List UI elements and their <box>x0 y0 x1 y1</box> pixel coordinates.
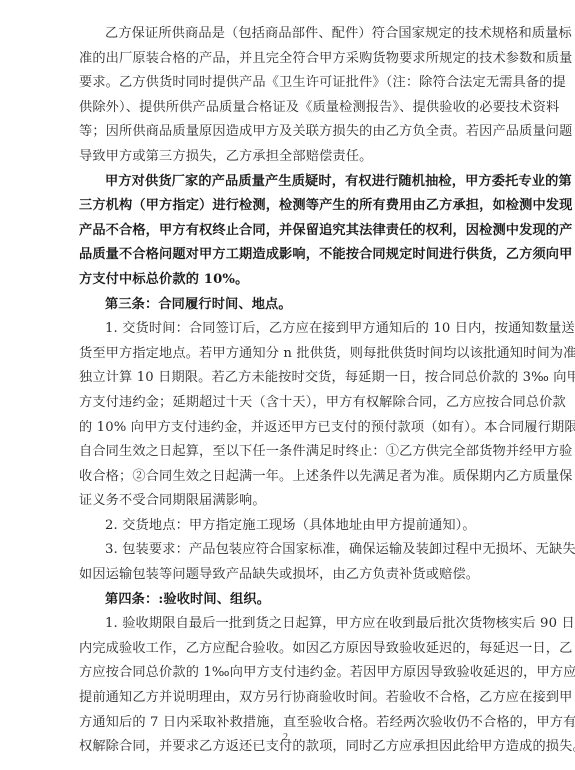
text-line: 1. 验收期限自最后一批到货之日起算，甲方应在收到最后批次货物核实后 90 日 <box>79 612 523 637</box>
text-line: 供除外）、提供所供产品质量合格证及《质量检测报告》、提供验收的必要技术资料 <box>79 96 523 121</box>
text-line: 方支付违约金；延期超过十天（含十天），甲方有权解除合同，乙方应按合同总价款 <box>79 391 523 416</box>
text-line: 如因运输包装等问题导致产品缺失或损坏，由乙方负责补货或赔偿。 <box>79 563 523 588</box>
text-line: 独立计算 10 日期限。若乙方未能按时交货，每延期一日，按合同总价款的 3‰ 向… <box>79 366 523 391</box>
text-line: 品质量不合格问题对甲方工期造成影响，不能按合同规定时间进行供货，乙方须向甲 <box>79 243 523 268</box>
section-heading: 第四条：:验收时间、组织。 <box>79 588 523 613</box>
text-line: 准的出厂原装合格的产品，并且完全符合甲方采购货物要求所规定的技术参数和质量 <box>79 47 523 72</box>
text-line: 要求。乙方供货时同时提供产品《卫生许可证批件》（注：除符合法定无需具备的提 <box>79 71 523 96</box>
text-line: 2. 交货地点：甲方指定施工现场（具体地址由甲方提前通知）。 <box>79 514 523 539</box>
article-3-item-3: 3. 包装要求：产品包装应符合国家标准，确保运输及装卸过程中无损坏、无缺失。 如… <box>79 538 523 587</box>
text-line: 方支付中标总价款的 10%。 <box>79 268 523 293</box>
section-heading: 第三条：合同履行时间、地点。 <box>79 293 523 318</box>
text-line: 3. 包装要求：产品包装应符合国家标准，确保运输及装卸过程中无损坏、无缺失。 <box>79 538 523 563</box>
paragraph-random-inspection: 甲方对供货厂家的产品质量产生质疑时，有权进行随机抽检，甲方委托专业的第 三方机构… <box>79 170 523 293</box>
text-line: 证义务不受合同期限届满影响。 <box>79 489 523 514</box>
article-4-heading: 第四条：:验收时间、组织。 <box>79 588 523 613</box>
text-line: 内完成验收工作，乙方应配合验收。如因乙方原因导致验收延迟的，每延迟一日，乙 <box>79 637 523 662</box>
document-body: 乙方保证所供商品是（包括商品部件、配件）符合国家规定的技术规格和质量标 准的出厂… <box>79 22 523 760</box>
article-4-item-1: 1. 验收期限自最后一批到货之日起算，甲方应在收到最后批次货物核实后 90 日 … <box>79 612 523 760</box>
document-page: 乙方保证所供商品是（包括商品部件、配件）符合国家规定的技术规格和质量标 准的出厂… <box>0 0 575 770</box>
text-line: 甲方对供货厂家的产品质量产生质疑时，有权进行随机抽检，甲方委托专业的第 <box>79 170 523 195</box>
text-line: 货至甲方指定地点。若甲方通知分 n 批供货，则每批供货时间均以该批通知时间为准 <box>79 342 523 367</box>
text-line: 乙方保证所供商品是（包括商品部件、配件）符合国家规定的技术规格和质量标 <box>79 22 523 47</box>
page-number: 2 <box>283 732 288 743</box>
text-line: 等；因所供商品质量原因造成甲方及关联方损失的由乙方负全责。若因产品质量问题 <box>79 120 523 145</box>
article-3-heading: 第三条：合同履行时间、地点。 <box>79 293 523 318</box>
paragraph-quality-guarantee: 乙方保证所供商品是（包括商品部件、配件）符合国家规定的技术规格和质量标 准的出厂… <box>79 22 523 170</box>
text-line: 收合格；②合同生效之日起满一年。上述条件以先满足者为准。质保期内乙方质量保 <box>79 465 523 490</box>
article-3-item-1: 1. 交货时间：合同签订后，乙方应在接到甲方通知后的 10 日内，按通知数量送 … <box>79 317 523 514</box>
text-line: 产品不合格，甲方有权终止合同，并保留追究其法律责任的权利，因检测中发现的产 <box>79 219 523 244</box>
text-line: 权解除合同，并要求乙方返还已支付的款项，同时乙方应承担因此给甲方造成的损失。 <box>79 735 523 760</box>
text-line: 方应按合同总价款的 1‰向甲方支付违约金。若因甲方原因导致验收延迟的，甲方应 <box>79 661 523 686</box>
text-line: 1. 交货时间：合同签订后，乙方应在接到甲方通知后的 10 日内，按通知数量送 <box>79 317 523 342</box>
article-3-item-2: 2. 交货地点：甲方指定施工现场（具体地址由甲方提前通知）。 <box>79 514 523 539</box>
text-line: 的 10% 向甲方支付违约金，并返还甲方已支付的预付款项（如有）。本合同履行期限 <box>79 416 523 441</box>
text-line: 导致甲方或第三方损失，乙方承担全部赔偿责任。 <box>79 145 523 170</box>
text-line: 提前通知乙方并说明理由，双方另行协商验收时间。若验收不合格，乙方应在接到甲 <box>79 686 523 711</box>
text-line: 方通知后的 7 日内采取补救措施，直至验收合格。若经两次验收仍不合格的，甲方有 <box>79 711 523 736</box>
text-line: 自合同生效之日起算，至以下任一条件满足时终止：①乙方供完全部货物并经甲方验 <box>79 440 523 465</box>
text-line: 三方机构（甲方指定）进行检测，检测等产生的所有费用由乙方承担，如检测中发现 <box>79 194 523 219</box>
